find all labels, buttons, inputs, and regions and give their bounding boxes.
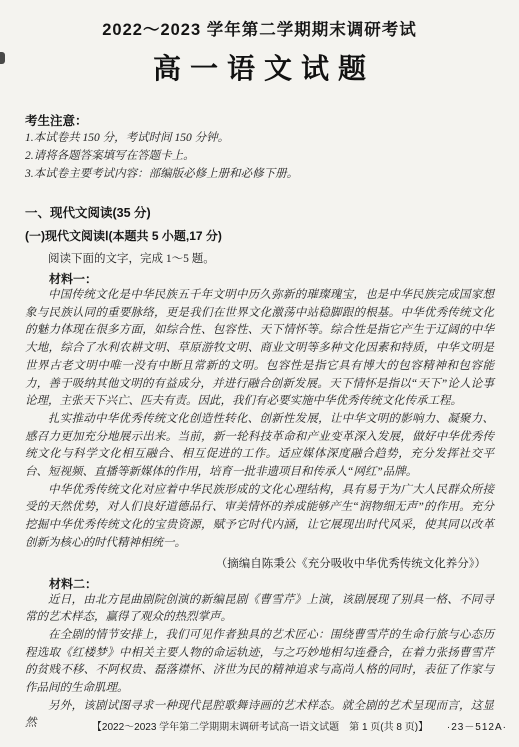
exam-paper-page: 2022～2023 学年第二学期期末调研考试 高一语文试题 考生注意： 1.本试…	[0, 0, 519, 747]
material-one-paragraph: 中国传统文化是中华民族五千年文明中历久弥新的璀璨瑰宝，也是中华民族完成国家想象与…	[25, 287, 494, 411]
material-two-paragraph: 近日，由北方昆曲剧院创演的新编昆剧《曹雪芹》上演，该剧展现了别具一格、不同寻常的…	[25, 592, 494, 627]
section-modern-reading: 一、现代文阅读(35 分) (一)现代文阅读Ⅰ(本题共 5 小题,17 分) 阅…	[25, 203, 494, 266]
page-footer: 【2022～2023 学年第二学期期末调研考试高一语文试题 第 1 页(共 8 …	[0, 718, 519, 733]
notice-item: 2.请将各题答案填写在答题卡上。	[25, 147, 494, 165]
section-heading: 一、现代文阅读(35 分)	[25, 203, 494, 221]
material-two: 材料二： 近日，由北方昆曲剧院创演的新编昆剧《曹雪芹》上演，该剧展现了别具一格、…	[25, 575, 494, 734]
material-two-label: 材料二：	[25, 575, 494, 592]
exam-subject-title: 高一语文试题	[25, 47, 494, 87]
section-subheading: (一)现代文阅读Ⅰ(本题共 5 小题,17 分)	[25, 227, 494, 244]
material-one: 材料一： 中国传统文化是中华民族五千年文明中历久弥新的璀璨瑰宝，也是中华民族完成…	[25, 270, 494, 571]
material-one-attribution: （摘编自陈秉公《充分吸收中华优秀传统文化养分》）	[25, 555, 494, 571]
material-one-paragraph: 中华优秀传统文化对应着中华民族形成的文化心理结构，具有易于为广大人民群众所接受的…	[25, 482, 494, 553]
passage-instruction: 阅读下面的文字，完成 1～5 题。	[25, 250, 494, 266]
scan-artifact	[0, 52, 5, 64]
notice-item: 1.本试卷共 150 分，考试时间 150 分钟。	[25, 129, 494, 147]
exam-title: 2022～2023 学年第二学期期末调研考试	[25, 16, 494, 40]
material-two-paragraph: 在全剧的情节安排上，我们可见作者独具的艺术匠心：围绕曹雪芹的生命行旅与心态历程选…	[25, 627, 494, 698]
footer-exam-info: 【2022～2023 学年第二学期期末调研考试高一语文试题 第 1 页(共 8 …	[40, 718, 480, 733]
footer-paper-code: ·23－512A·	[447, 718, 507, 733]
notice-item: 3.本试卷主要考试内容：部编版必修上册和必修下册。	[25, 165, 494, 183]
candidate-notice: 考生注意： 1.本试卷共 150 分，考试时间 150 分钟。 2.请将各题答案…	[25, 111, 494, 183]
material-one-label: 材料一：	[25, 270, 494, 287]
notice-heading: 考生注意：	[25, 111, 494, 129]
material-one-paragraph: 扎实推动中华优秀传统文化创造性转化、创新性发展，让中华文明的影响力、凝聚力、感召…	[25, 411, 494, 482]
